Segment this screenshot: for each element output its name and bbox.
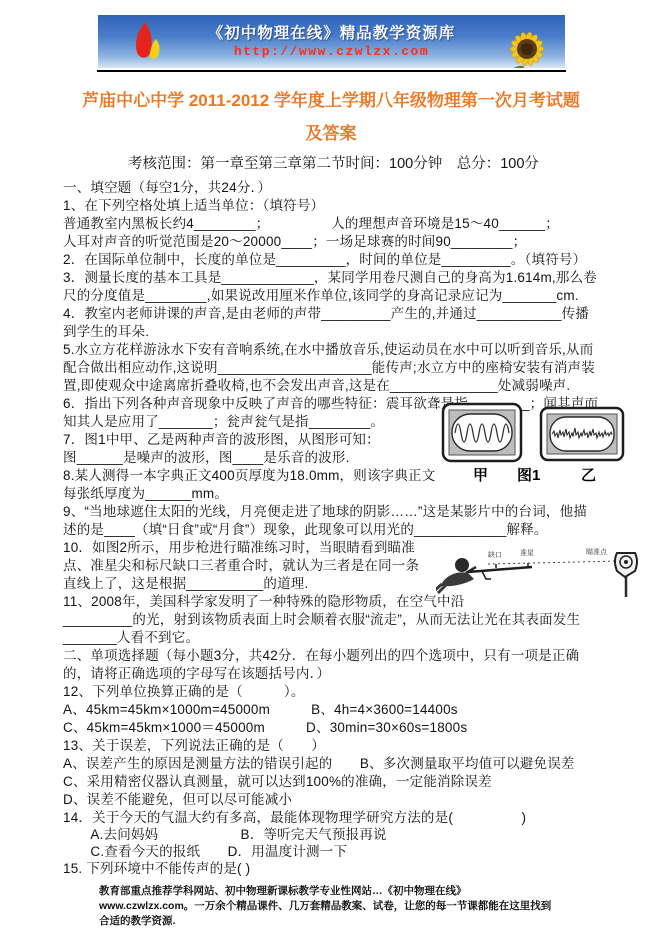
q15: 15. 下列环境中不能传声的是( ) <box>63 860 599 878</box>
section2-heading: 二、单项选择题（每小题3分，共42分．在每小题列出的四个选项中，只有一项是正确的… <box>63 647 599 683</box>
q12-options-ab: A、45km=45km×1000m=45000m B、4h=4×3600=144… <box>63 701 599 719</box>
figure1-label-yi: 乙 <box>581 464 596 485</box>
q11-line2: _________的光，射到该物质表面上时会顺着衣服“流走”，从而无法让光在其表… <box>63 611 599 647</box>
q2: 2．在国际单位制中，长度的单位是_________，时间的单位是________… <box>63 251 599 269</box>
banner-divider <box>97 70 566 72</box>
q4: 4．教室内老师讲课的声音,是由老师的声带_________产生的,并通过____… <box>63 305 599 341</box>
q13: 13、关于误差，下列说法正确的是（ ） <box>63 737 599 755</box>
site-banner: 《初中物理在线》精品教学资源库 http://www.czwlzx.com <box>98 15 565 68</box>
q3: 3．测量长度的基本工具是____________，某同学用卷尺测自己的身高为1.… <box>63 269 599 305</box>
footer-promo: 教育部重点推荐学科网站、初中物理新课标教学专业性网站…《初中物理在线》www.c… <box>99 884 554 929</box>
q14-options-ab: A.去问妈妈 B．等听完天气预报再说 <box>63 827 599 844</box>
q13-options-ab: A、误差产生的原因是测量方法的错误引起的 B、多次测量取平均值可以避免误差 <box>63 755 599 773</box>
q10: 10．如图2所示，用步枪进行瞄准练习时，当眼睛看到瞄准点、准星尖和标尺缺口三者重… <box>63 539 429 593</box>
q12-options-cd: C、45km=45km×1000＝45000m D、30min=30×60s=1… <box>63 719 599 737</box>
q14-options-cd: C.查看今天的报纸 D．用温度计测一下 <box>63 844 599 861</box>
q7-line1: 7．图1中甲、乙是两种声音的波形图，从图形可知： <box>63 431 449 449</box>
q1-line2: 人耳对声音的听觉范围是20～20000____；一场足球赛的时间90______… <box>63 233 599 251</box>
figure1-waveforms: 甲 图1 乙 <box>441 402 625 488</box>
figure1-label-jia: 甲 <box>473 464 488 485</box>
site-title: 《初中物理在线》精品教学资源库 <box>178 21 485 43</box>
q1-intro: 1、在下列空格处填上适当单位：（填符号） <box>63 197 599 215</box>
sunflower-icon <box>494 23 564 68</box>
q1-line1: 普通教室内黑板长约4________； 人的理想声音环境是15～40______… <box>63 215 599 233</box>
q13-option-d: D、误差不能避免，但可以尽可能减小 <box>63 791 599 809</box>
site-logo-icon <box>128 19 170 68</box>
q12: 12、下列单位换算正确的是（ ）。 <box>63 683 599 701</box>
section1-heading: 一、填空题（每空1分，共24分．） <box>63 179 599 197</box>
q5: 5.水立方花样游泳水下安有音响系统,在水中播放音乐,使运动员在水中可以听到音乐,… <box>63 341 599 395</box>
q8: 8.某人测得一本字典正文400页厚度为18.0mm，则该字典正文每张纸厚度为__… <box>63 467 449 503</box>
q9: 9、“当地球遮住太阳的光线，月亮便走进了地球的阴影……”这是某影片中的台词，他描… <box>63 503 599 539</box>
q13-option-c: C、采用精密仪器认真测量，就可以达到100%的准确，一定能消除误差 <box>63 773 599 791</box>
exam-scope-line: 考核范围：第一章至第三章第二节时间：100分钟 总分：100分 <box>128 154 599 174</box>
figure1-label: 图1 <box>517 464 540 485</box>
exam-paper-page: 《初中物理在线》精品教学资源库 http://www.czwlzx.com <box>0 0 661 935</box>
q7-line2: 图______是噪声的波形，图____是乐音的波形. <box>63 449 449 467</box>
site-url-link[interactable]: http://www.czwlzx.com <box>178 44 485 59</box>
q14: 14．关于今天的气温大约有多高，最能体现物理学研究方法的是( ) <box>63 809 599 827</box>
rifle-aiming-icon: 缺口 准星 瞄准点 <box>436 543 646 599</box>
figure2-rifle-aiming: 缺口 准星 瞄准点 <box>436 543 646 599</box>
figure2-label-frontsight: 准星 <box>520 548 534 557</box>
waveform-screens-icon <box>441 402 625 464</box>
figure2-label-notch: 缺口 <box>488 550 502 559</box>
exam-title-line1: 芦庙中心中学 2011-2012 学年度上学期八年级物理第一次月考试题 <box>63 90 599 112</box>
figure2-label-aimpoint: 瞄准点 <box>586 547 608 556</box>
exam-title-line2: 及答案 <box>63 123 599 145</box>
